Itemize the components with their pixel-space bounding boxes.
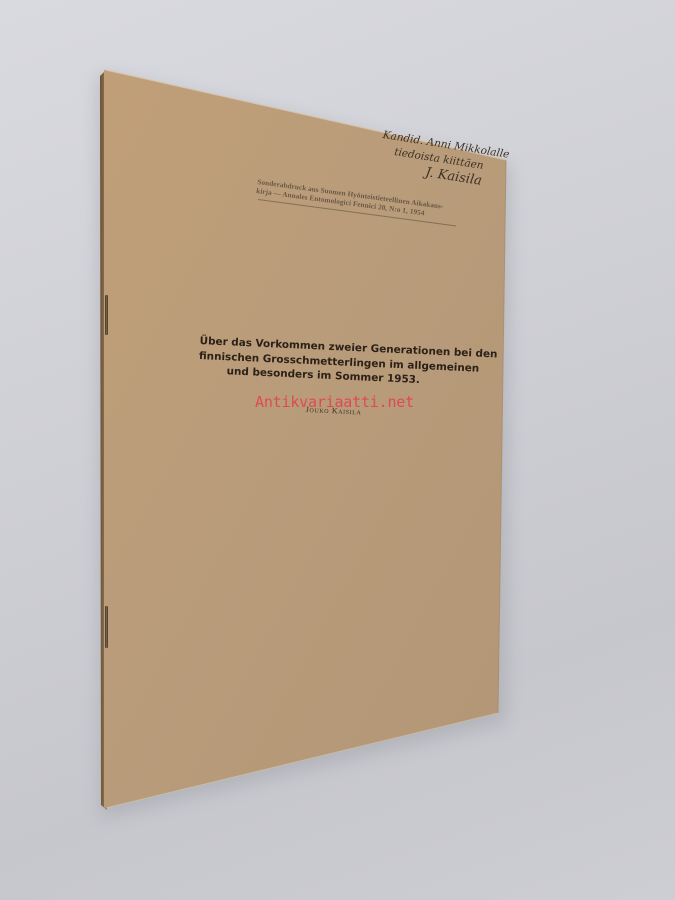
cover-surface — [104, 70, 506, 808]
staple-bottom — [105, 606, 108, 648]
staple-top — [105, 295, 108, 335]
booklet-cover — [0, 0, 675, 900]
